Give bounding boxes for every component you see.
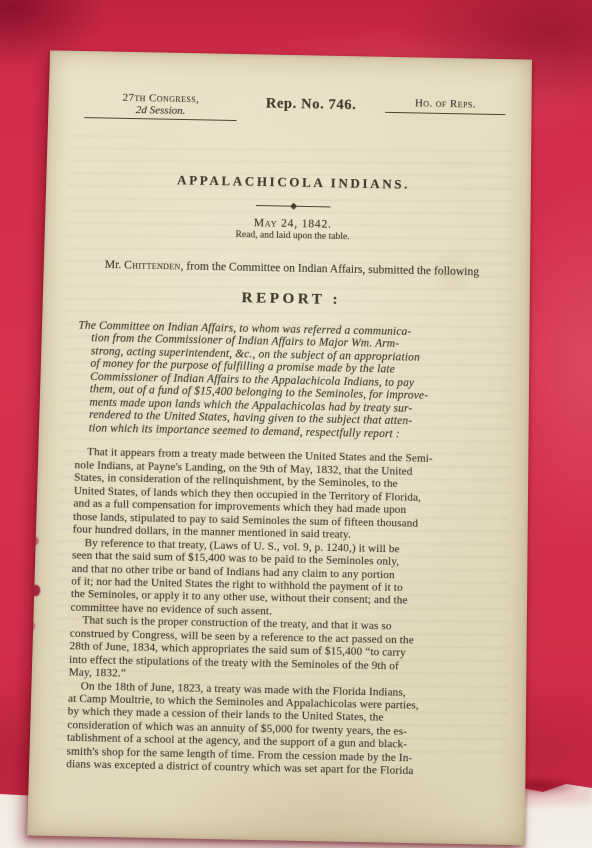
report-body: That it appears from a treaty made betwe… bbox=[66, 446, 502, 780]
diamond-ornament-icon bbox=[290, 203, 297, 210]
session-label: 2d Session. bbox=[84, 103, 237, 120]
committee-preamble: The Committee on Indian Affairs, to whom… bbox=[75, 319, 503, 443]
report-paragraph-4: On the 18th of June, 1823, a treaty was … bbox=[66, 679, 500, 779]
divider-rule bbox=[256, 205, 290, 207]
submission-text: , from the Committee on Indian Affairs, … bbox=[180, 260, 479, 278]
ornamental-divider bbox=[256, 203, 331, 209]
submitter-name: Chittenden bbox=[124, 259, 181, 272]
masthead: 27th Congress, 2d Session. Rep. No. 746.… bbox=[84, 91, 505, 126]
report-paragraph-1: That it appears from a treaty made betwe… bbox=[73, 446, 502, 545]
report-paragraph-3: That such is the proper construction of … bbox=[69, 614, 501, 688]
submission-line: Mr. Chittenden, from the Committee on In… bbox=[97, 259, 487, 280]
document-title: APPALACHICOLA INDIANS. bbox=[82, 170, 504, 194]
report-heading: REPORT : bbox=[79, 286, 504, 312]
congress-session-block: 27th Congress, 2d Session. bbox=[84, 91, 237, 121]
chamber-label: Ho. of Reps. bbox=[385, 97, 505, 115]
photo-of-document: 27th Congress, 2d Session. Rep. No. 746.… bbox=[0, 0, 592, 848]
report-number: Rep. No. 746. bbox=[237, 94, 386, 115]
divider-rule bbox=[297, 206, 331, 208]
report-paragraph-2: By reference to that treaty, (Laws of U.… bbox=[70, 536, 501, 622]
report-page: 27th Congress, 2d Session. Rep. No. 746.… bbox=[27, 50, 532, 845]
submitter-honorific: Mr. bbox=[105, 259, 125, 272]
page-content: 27th Congress, 2d Session. Rep. No. 746.… bbox=[27, 50, 532, 845]
